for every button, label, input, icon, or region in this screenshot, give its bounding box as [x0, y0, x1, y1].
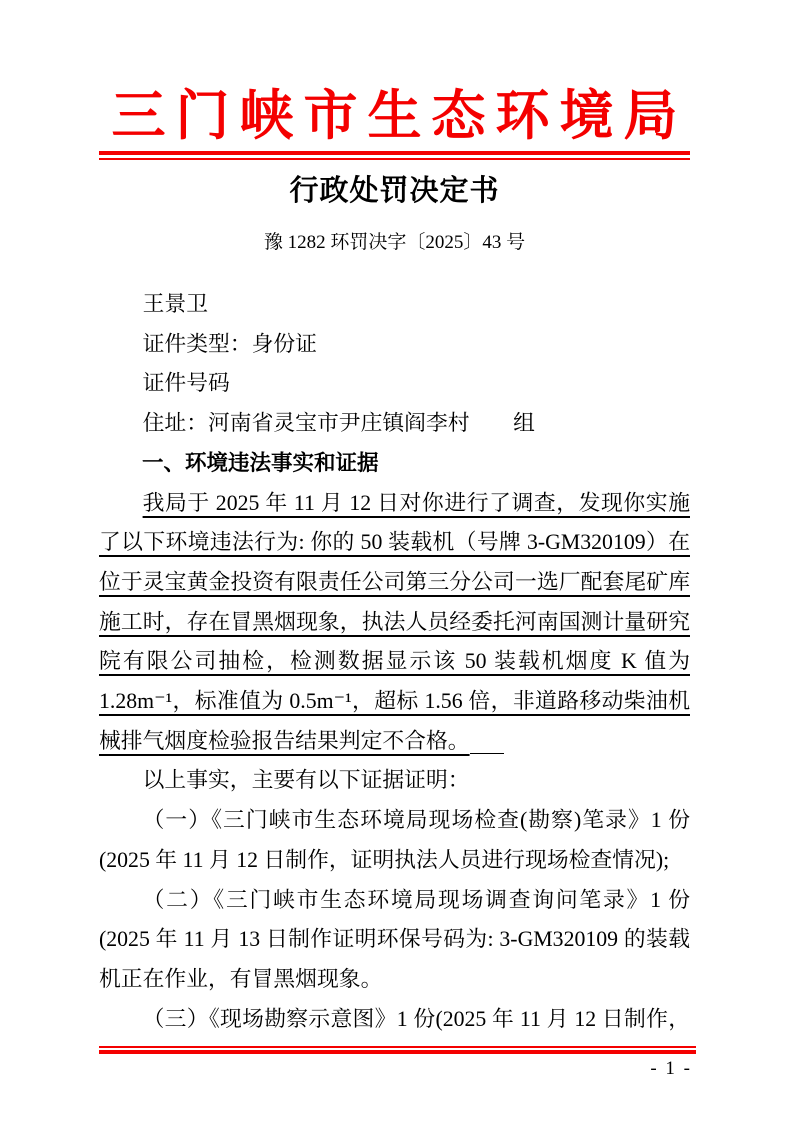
facts-underlined-text: 我局于 2025 年 11 月 12 日对你进行了调查，发现你实施了以下环境违法…	[99, 491, 690, 753]
letterhead-rule-thin	[99, 158, 690, 160]
doc-title: 行政处罚决定书	[99, 175, 690, 208]
page-footer: - 1 -	[99, 1046, 696, 1080]
document-content: 三门峡市生态环境局 行政处罚决定书 豫 1282 环罚决字〔2025〕43 号 …	[99, 0, 690, 1039]
section-heading-facts: 一、环境违法事实和证据	[99, 444, 690, 484]
letterhead-rule-thick	[99, 151, 690, 155]
footer-rule-thin	[99, 1046, 696, 1048]
page-number: - 1 -	[99, 1058, 696, 1080]
evidence-item-2: （二）《三门峡市生态环境局现场调查询问笔录》1 份(2025 年 11 月 13…	[99, 881, 690, 1000]
facts-paragraph: 我局于 2025 年 11 月 12 日对你进行了调查，发现你实施了以下环境违法…	[99, 484, 690, 762]
recipient-address: 住址：河南省灵宝市尹庄镇阎李村 组	[99, 404, 690, 444]
doc-body: 王景卫 证件类型：身份证 证件号码 住址：河南省灵宝市尹庄镇阎李村 组 一、环境…	[99, 285, 690, 1039]
doc-number: 豫 1282 环罚决字〔2025〕43 号	[99, 232, 690, 253]
recipient-name: 王景卫	[99, 285, 690, 325]
underline-extension	[470, 751, 505, 754]
evidence-intro: 以上事实，主要有以下证据证明：	[99, 761, 690, 801]
recipient-id-type: 证件类型：身份证	[99, 325, 690, 365]
evidence-item-3: （三）《现场勘察示意图》1 份(2025 年 11 月 12 日制作，	[99, 1000, 690, 1040]
document-page: 三门峡市生态环境局 行政处罚决定书 豫 1282 环罚决字〔2025〕43 号 …	[0, 0, 793, 1122]
footer-rule-thick	[99, 1050, 696, 1054]
recipient-id-number: 证件号码	[99, 364, 690, 404]
letterhead-title: 三门峡市生态环境局	[99, 0, 690, 144]
evidence-item-1: （一）《三门峡市生态环境局现场检查(勘察)笔录》1 份(2025 年 11 月 …	[99, 801, 690, 880]
